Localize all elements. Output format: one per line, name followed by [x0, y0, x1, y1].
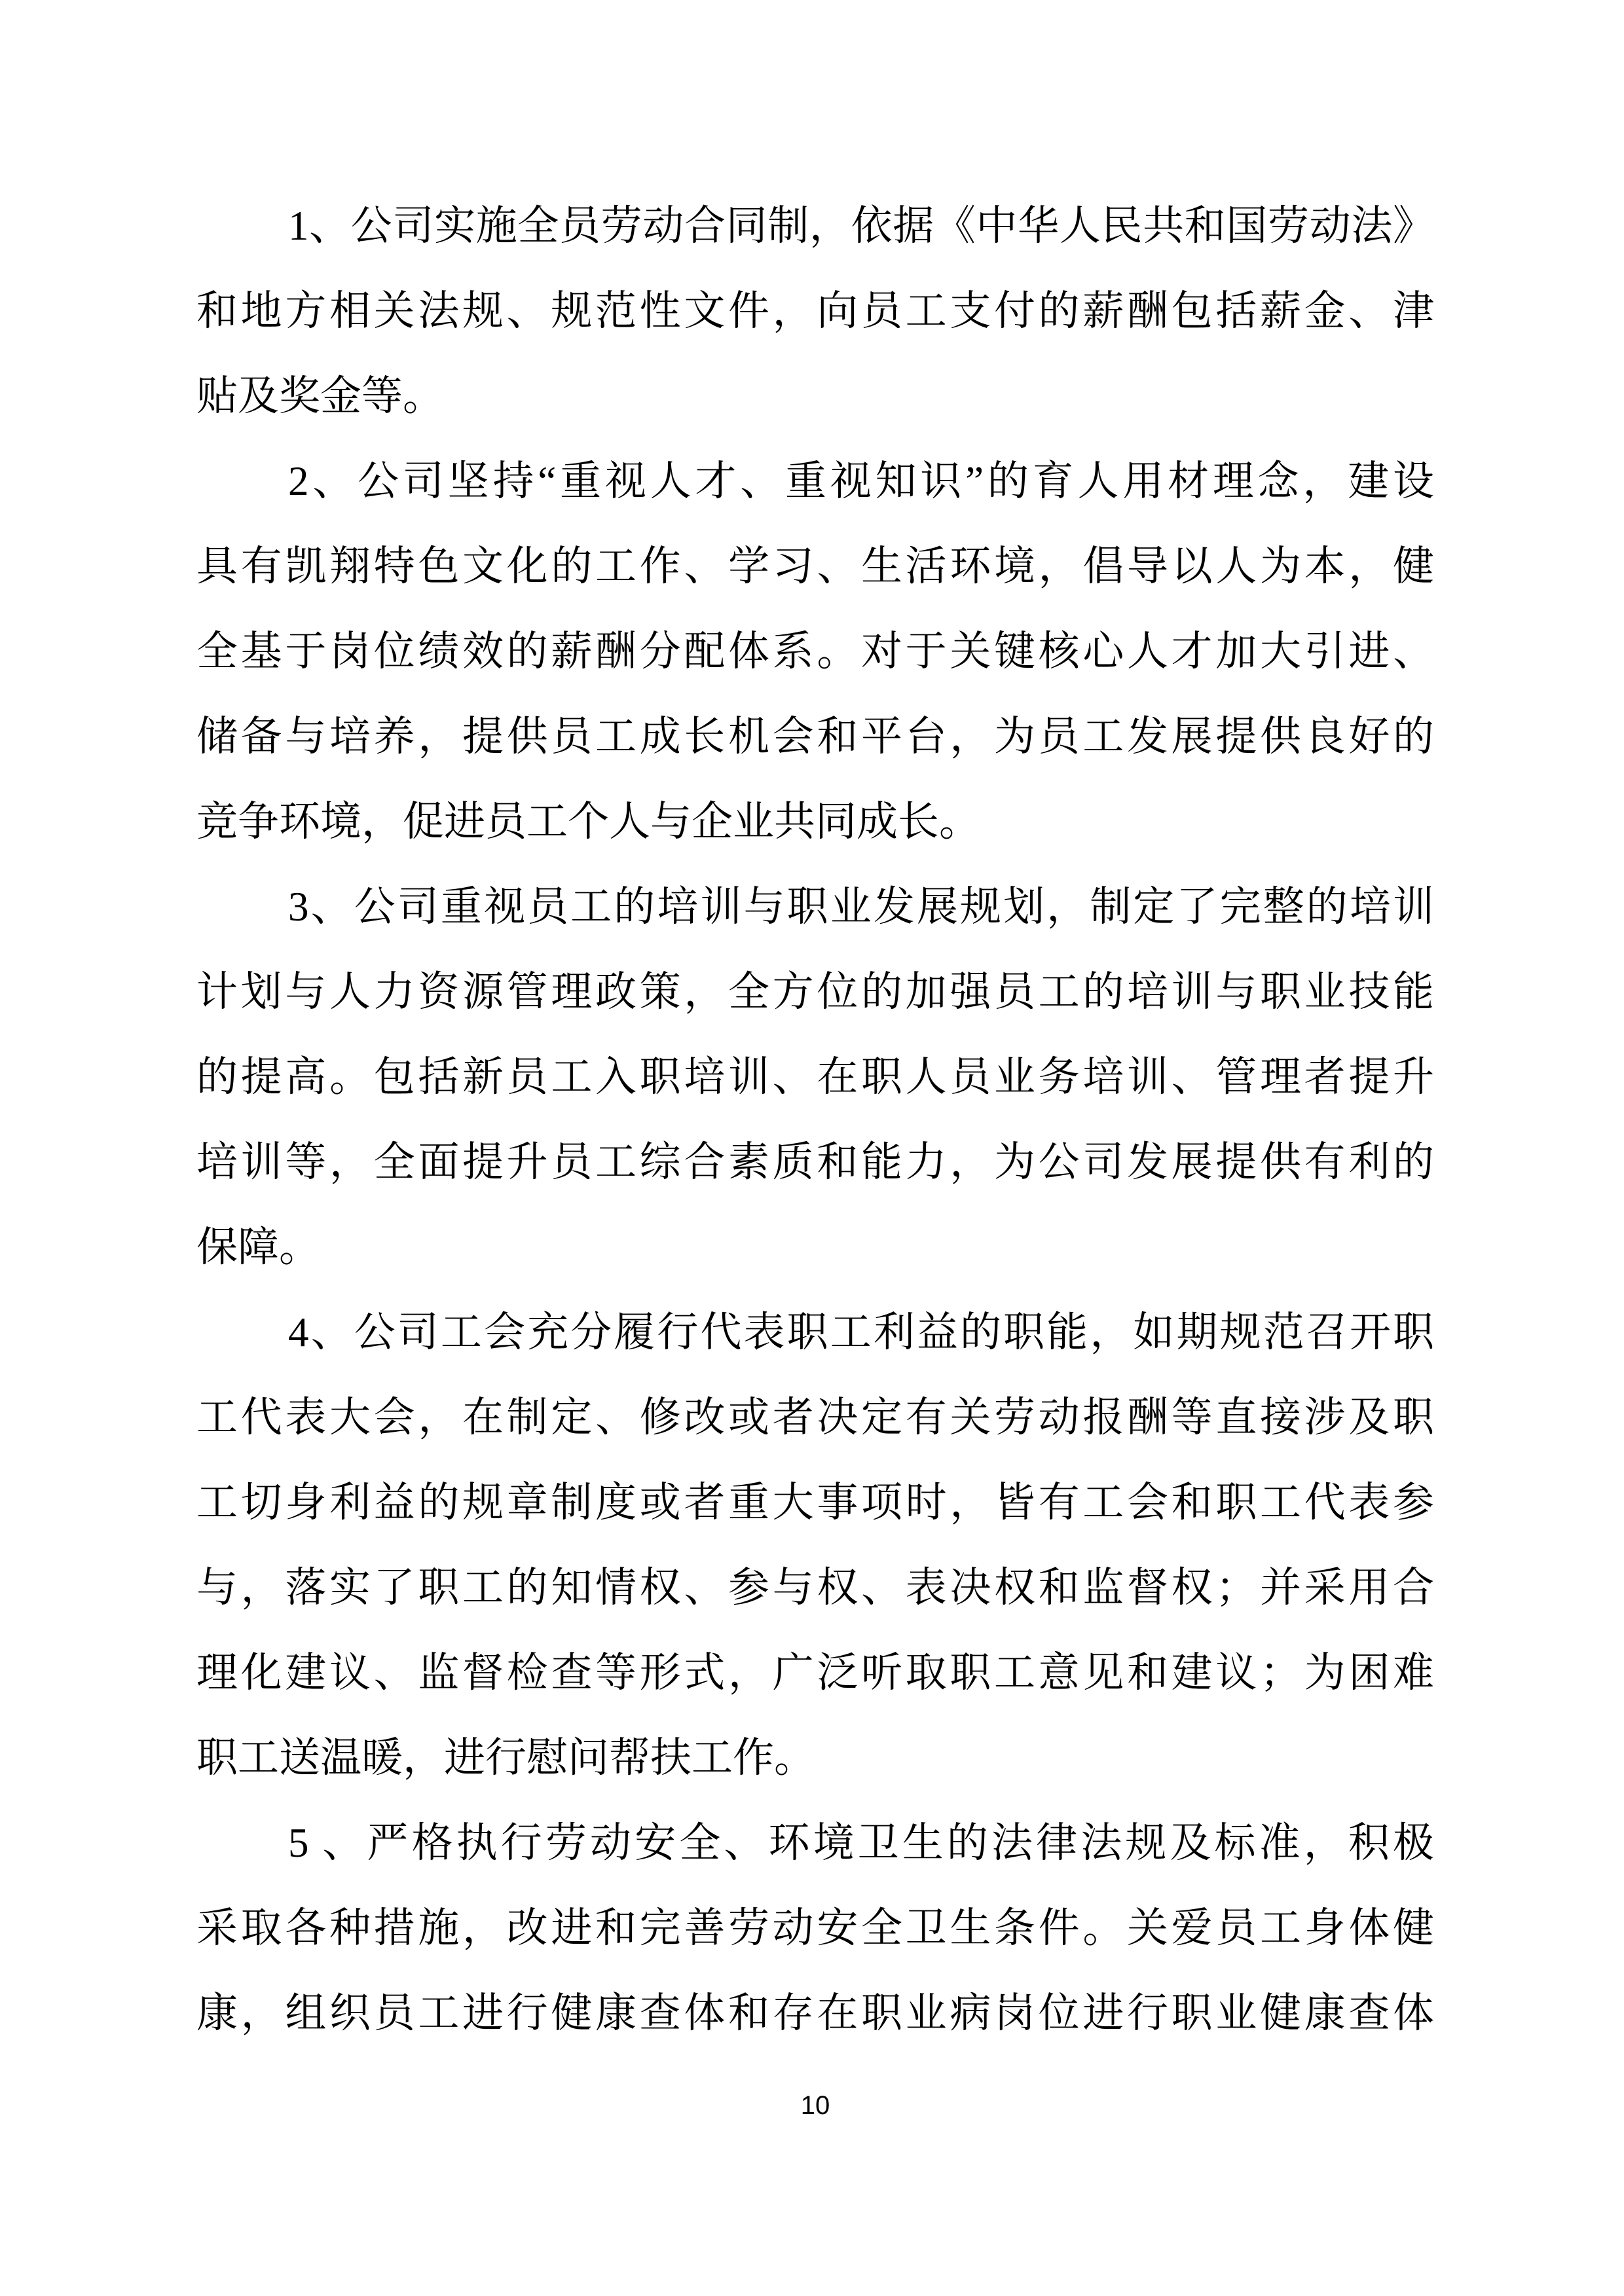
text-line: 5 、严格执行劳动安全、环境卫生的法律法规及标准，积极: [196, 1800, 1434, 1886]
text-line: 采取各种措施，改进和完善劳动安全卫生条件。关爱员工身体健: [196, 1886, 1434, 1971]
text-line: 贴及奖金等。: [196, 354, 1434, 439]
text-line: 4、公司工会充分履行代表职工利益的职能，如期规范召开职: [196, 1290, 1434, 1375]
page-number: 10: [196, 2090, 1434, 2121]
text-line: 具有凯翔特色文化的工作、学习、生活环境，倡导以人为本，健: [196, 524, 1434, 609]
text-line: 储备与培养，提供员工成长机会和平台，为员工发展提供良好的: [196, 694, 1434, 779]
text-line: 工切身利益的规章制度或者重大事项时，皆有工会和职工代表参: [196, 1460, 1434, 1545]
text-line: 1、公司实施全员劳动合同制，依据《中华人民共和国劳动法》: [196, 183, 1434, 268]
text-line: 保障。: [196, 1205, 1434, 1290]
text-line: 2、公司坚持“重视人才、重视知识”的育人用材理念，建设: [196, 439, 1434, 524]
text-line: 计划与人力资源管理政策，全方位的加强员工的培训与职业技能: [196, 949, 1434, 1034]
document-page: 1、公司实施全员劳动合同制，依据《中华人民共和国劳动法》和地方相关法规、规范性文…: [0, 0, 1624, 2296]
text-line: 3、公司重视员工的培训与职业发展规划，制定了完整的培训: [196, 864, 1434, 949]
text-line: 的提高。包括新员工入职培训、在职人员业务培训、管理者提升: [196, 1034, 1434, 1120]
text-line: 职工送温暖，进行慰问帮扶工作。: [196, 1715, 1434, 1800]
text-line: 和地方相关法规、规范性文件，向员工支付的薪酬包括薪金、津: [196, 268, 1434, 354]
text-line: 工代表大会，在制定、修改或者决定有关劳动报酬等直接涉及职: [196, 1375, 1434, 1460]
text-line: 与，落实了职工的知情权、参与权、表决权和监督权；并采用合: [196, 1545, 1434, 1630]
text-line: 竞争环境，促进员工个人与企业共同成长。: [196, 779, 1434, 864]
text-line: 培训等，全面提升员工综合素质和能力，为公司发展提供有利的: [196, 1120, 1434, 1205]
document-body: 1、公司实施全员劳动合同制，依据《中华人民共和国劳动法》和地方相关法规、规范性文…: [196, 183, 1434, 2056]
text-line: 理化建议、监督检查等形式，广泛听取职工意见和建议；为困难: [196, 1630, 1434, 1715]
text-line: 全基于岗位绩效的薪酬分配体系。对于关键核心人才加大引进、: [196, 609, 1434, 694]
text-line: 康，组织员工进行健康查体和存在职业病岗位进行职业健康查体: [196, 1971, 1434, 2056]
